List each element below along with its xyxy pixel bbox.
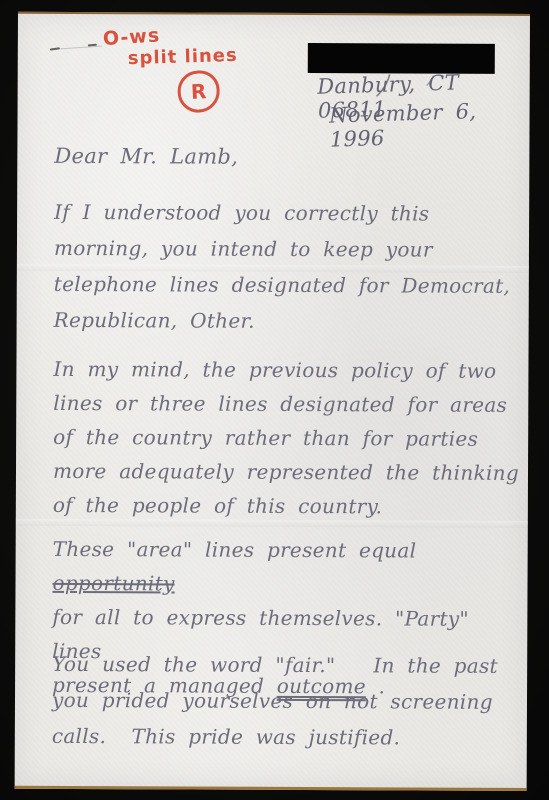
letter-line: of the people of this country. (53, 488, 519, 524)
paragraph-2: In my mind, the previous policy of two l… (53, 352, 520, 524)
letter-line: In my mind, the previous policy of two (53, 352, 519, 388)
letter-paper: O-ws split lines R Danbury, CT 06811 Nov… (15, 12, 530, 791)
letter-line: If I understood you correctly this (54, 194, 510, 232)
scanned-letter-photo: O-ws split lines R Danbury, CT 06811 Nov… (0, 0, 549, 800)
struck-underlined-word: opportunity (52, 571, 174, 596)
line-text: These "area" lines present equal (53, 537, 417, 563)
circled-letter-annotation: R (177, 70, 221, 114)
letter-line: calls. This pride was justified. (52, 718, 498, 756)
letter-line: more adequately represented the thinking (53, 454, 519, 490)
red-annotation-line1: O-ws (102, 24, 161, 50)
circled-letter: R (190, 79, 207, 104)
letter-line: you prided yourselves on not screening (52, 682, 498, 720)
letter-line: Republican, Other. (54, 302, 510, 340)
salutation: Dear Mr. Lamb, (54, 144, 238, 169)
date-line: November 6, 1996 (329, 98, 530, 152)
pencil-hairline (58, 46, 102, 50)
red-annotation-line2: split lines (128, 45, 238, 69)
letter-line: lines or three lines designated for area… (53, 386, 519, 422)
letter-line: of the country rather than for parties (53, 420, 519, 456)
letter-line: You used the word "fair." In the past (52, 646, 498, 684)
paragraph-1: If I understood you correctly this morni… (54, 194, 511, 340)
letter-line: morning, you intend to keep your (54, 230, 510, 268)
letter-line: telephone lines designated for Democrat, (54, 266, 510, 304)
letter-line: These "area" lines present equal opportu… (52, 532, 527, 602)
paragraph-4: You used the word "fair." In the past yo… (52, 646, 498, 756)
